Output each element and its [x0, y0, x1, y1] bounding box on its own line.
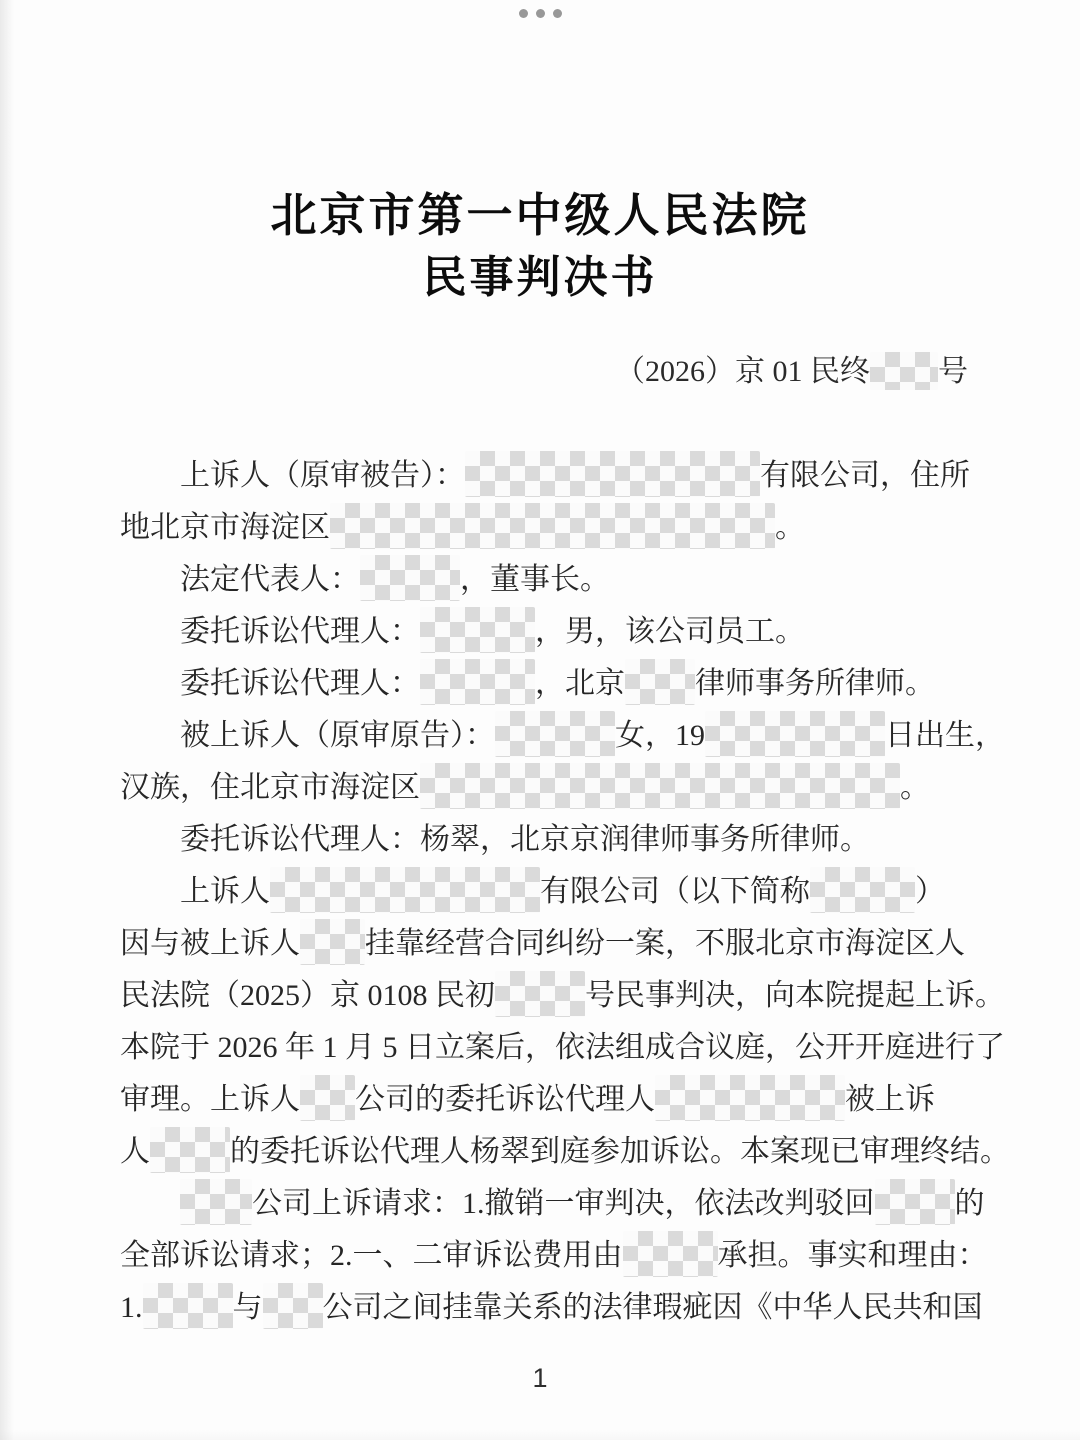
document-type: 民事判决书 — [0, 250, 1080, 306]
redaction-mosaic — [870, 352, 938, 390]
text-line: 地北京市海淀区。 — [120, 502, 992, 554]
redaction-mosaic — [810, 867, 915, 913]
text-run: 与 — [233, 1291, 263, 1324]
text-run: 被上诉人（原审原告）： — [180, 719, 495, 752]
redaction-mosaic — [263, 1283, 323, 1329]
text-run: 的 — [955, 1187, 985, 1220]
text-line: 委托诉讼代理人：，男，该公司员工。 — [120, 606, 992, 658]
text-run: 女，19 — [615, 719, 705, 752]
text-run: 委托诉讼代理人： — [180, 667, 420, 700]
redaction-mosaic — [875, 1179, 955, 1225]
text-line: 法定代表人：，董事长。 — [120, 554, 992, 606]
text-run: 公司的委托诉讼代理人 — [355, 1083, 655, 1116]
text-run: 委托诉讼代理人：杨翠，北京京润律师事务所律师。 — [180, 823, 870, 856]
text-line: 本院于 2026 年 1 月 5 日立案后，依法组成合议庭，公开开庭进行了 — [120, 1022, 992, 1074]
redaction-mosaic — [495, 971, 585, 1017]
text-run: 汉族，住北京市海淀区 — [120, 771, 420, 804]
redaction-mosaic — [420, 607, 535, 653]
more-options-icon[interactable] — [0, 9, 1080, 18]
text-line: 因与被上诉人挂靠经营合同纠纷一案，不服北京市海淀区人 — [120, 918, 992, 970]
redaction-mosaic — [143, 1283, 233, 1329]
text-line: 民法院（2025）京 0108 民初号民事判决，向本院提起上诉。 — [120, 970, 992, 1022]
dot-icon — [536, 9, 545, 18]
text-run: 公司上诉请求：1.撤销一审判决，依法改判驳回 — [252, 1187, 875, 1220]
redaction-mosaic — [623, 1231, 718, 1277]
text-run: 因与被上诉人 — [120, 927, 300, 960]
redaction-mosaic — [420, 659, 535, 705]
redaction-mosaic — [300, 1075, 355, 1121]
document-body: 上诉人（原审被告）：有限公司，住所地北京市海淀区。法定代表人：，董事长。委托诉讼… — [120, 450, 992, 1334]
redaction-mosaic — [495, 711, 615, 757]
redaction-mosaic — [420, 763, 900, 809]
dot-icon — [553, 9, 562, 18]
text-run: ，北京 — [535, 667, 625, 700]
text-run: 人 — [120, 1135, 150, 1168]
redaction-mosaic — [705, 711, 885, 757]
text-run: 法定代表人： — [180, 563, 360, 596]
text-line: 委托诉讼代理人：，北京律师事务所律师。 — [120, 658, 992, 710]
redaction-mosaic — [360, 555, 460, 601]
text-run: ，董事长。 — [460, 563, 610, 596]
text-run: 有限公司（以下简称 — [540, 875, 810, 908]
text-run: （2026）京 01 民终 — [615, 355, 870, 388]
text-line: 委托诉讼代理人：杨翠，北京京润律师事务所律师。 — [120, 814, 992, 866]
text-run: 被上诉 — [845, 1083, 935, 1116]
text-run: 委托诉讼代理人： — [180, 615, 420, 648]
text-run: ，男，该公司员工。 — [535, 615, 805, 648]
text-run: 审理。上诉人 — [120, 1083, 300, 1116]
text-run: 1. — [120, 1291, 143, 1324]
redaction-mosaic — [655, 1075, 845, 1121]
text-run: 地北京市海淀区 — [120, 511, 330, 544]
text-run: 公司之间挂靠关系的法律瑕疵因《中华人民共和国 — [323, 1291, 983, 1324]
redaction-mosaic — [180, 1179, 252, 1225]
text-run: 有限公司，住所 — [760, 459, 970, 492]
text-line: 汉族，住北京市海淀区。 — [120, 762, 992, 814]
text-line: 审理。上诉人公司的委托诉讼代理人被上诉 — [120, 1074, 992, 1126]
redaction-mosaic — [465, 451, 760, 497]
text-line: 1.与公司之间挂靠关系的法律瑕疵因《中华人民共和国 — [120, 1282, 992, 1334]
text-run: 号 — [938, 355, 968, 388]
text-run: 承担。事实和理由： — [718, 1239, 988, 1272]
text-run: 日出生， — [885, 719, 1005, 752]
text-run: 。 — [900, 771, 930, 804]
text-line: 上诉人有限公司（以下简称） — [120, 866, 992, 918]
text-run: 民法院（2025）京 0108 民初 — [120, 979, 495, 1012]
redaction-mosaic — [150, 1127, 230, 1173]
text-run: 本院于 2026 年 1 月 5 日立案后，依法组成合议庭，公开开庭进行了 — [120, 1031, 1005, 1064]
dot-icon — [519, 9, 528, 18]
text-line: 人的委托诉讼代理人杨翠到庭参加诉讼。本案现已审理终结。 — [120, 1126, 992, 1178]
text-line: 全部诉讼请求；2.一、二审诉讼费用由承担。事实和理由： — [120, 1230, 992, 1282]
text-run: 全部诉讼请求；2.一、二审诉讼费用由 — [120, 1239, 623, 1272]
text-run: 挂靠经营合同纠纷一案，不服北京市海淀区人 — [365, 927, 965, 960]
document-title: 北京市第一中级人民法院 民事判决书 — [0, 188, 1080, 306]
redaction-mosaic — [270, 867, 540, 913]
redaction-mosaic — [625, 659, 695, 705]
text-line: 上诉人（原审被告）：有限公司，住所 — [120, 450, 992, 502]
text-run: 。 — [775, 511, 805, 544]
text-run: 上诉人 — [180, 875, 270, 908]
redaction-mosaic — [330, 503, 775, 549]
page-number: 1 — [0, 1363, 1080, 1394]
text-run: ） — [915, 875, 945, 908]
text-run: 上诉人（原审被告）： — [180, 459, 465, 492]
text-run: 的委托诉讼代理人杨翠到庭参加诉讼。本案现已审理终结。 — [230, 1135, 1010, 1168]
text-run: 号民事判决，向本院提起上诉。 — [585, 979, 1005, 1012]
text-line: 被上诉人（原审原告）：女，19日出生， — [120, 710, 992, 762]
redaction-mosaic — [300, 919, 365, 965]
text-run: 律师事务所律师。 — [695, 667, 935, 700]
case-number: （2026）京 01 民终号 — [615, 350, 968, 394]
text-line: 公司上诉请求：1.撤销一审判决，依法改判驳回的 — [120, 1178, 992, 1230]
court-name: 北京市第一中级人民法院 — [0, 188, 1080, 244]
